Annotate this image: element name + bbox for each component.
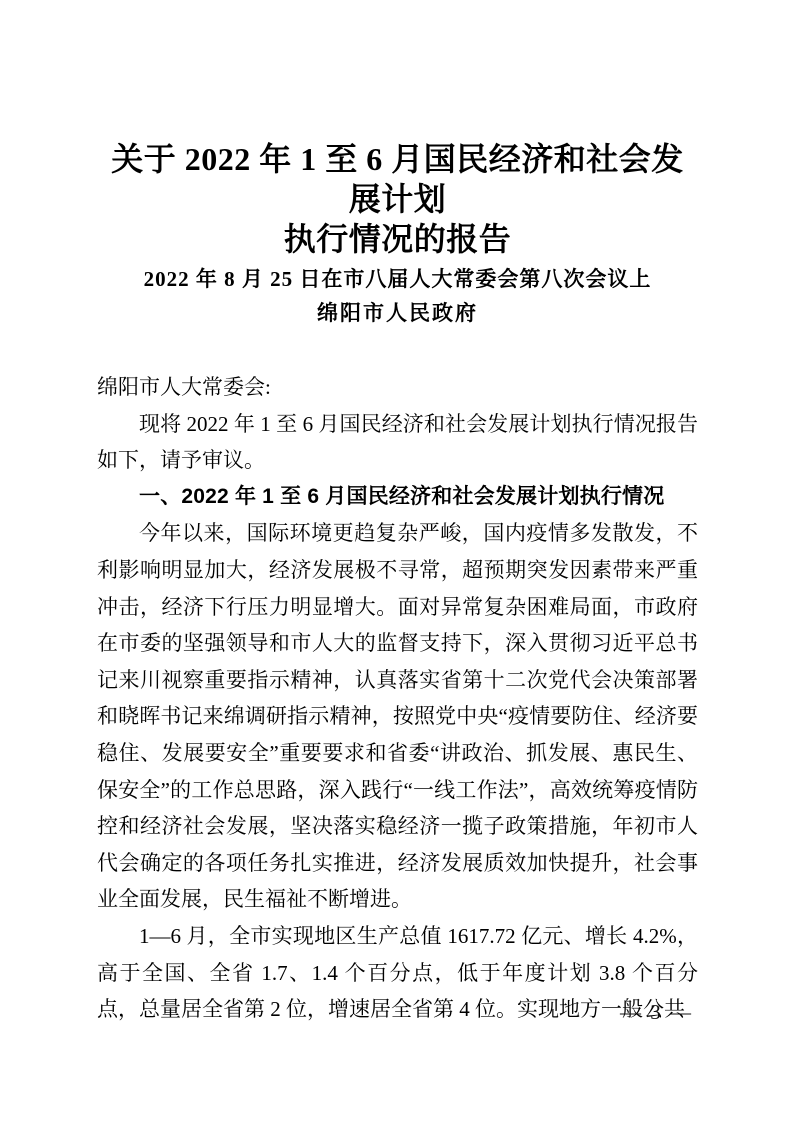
- document-content: 关于 2022 年 1 至 6 月国民经济和社会发展计划 执行情况的报告 202…: [97, 139, 698, 1028]
- document-page: 关于 2022 年 1 至 6 月国民经济和社会发展计划 执行情况的报告 202…: [0, 0, 793, 1122]
- intro-paragraph: 现将 2022 年 1 至 6 月国民经济和社会发展计划执行情况报告如下，请予审…: [97, 406, 698, 479]
- document-header: 关于 2022 年 1 至 6 月国民经济和社会发展计划 执行情况的报告 202…: [97, 139, 698, 326]
- section-heading: 一、2022 年 1 至 6 月国民经济和社会发展计划执行情况: [97, 479, 698, 516]
- document-issuer: 绵阳市人民政府: [97, 300, 698, 326]
- paragraph-overview: 今年以来，国际环境更趋复杂严峻，国内疫情多发散发，不利影响明显加大，经济发展极不…: [97, 515, 698, 918]
- document-title: 关于 2022 年 1 至 6 月国民经济和社会发展计划 执行情况的报告: [97, 139, 698, 259]
- salutation: 绵阳市人大常委会:: [97, 369, 698, 406]
- document-meeting-line: 2022 年 8 月 25 日在市八届人大常委会第八次会议上: [97, 266, 698, 292]
- paragraph-gdp: 1—6 月，全市实现地区生产总值 1617.72 亿元、增长 4.2%，高于全国…: [97, 918, 698, 1028]
- document-body: 绵阳市人大常委会: 现将 2022 年 1 至 6 月国民经济和社会发展计划执行…: [97, 369, 698, 1028]
- document-title-line-1: 关于 2022 年 1 至 6 月国民经济和社会发展计划: [111, 141, 684, 217]
- document-title-line-2: 执行情况的报告: [284, 221, 512, 257]
- page-number: — 3 —: [620, 1002, 693, 1023]
